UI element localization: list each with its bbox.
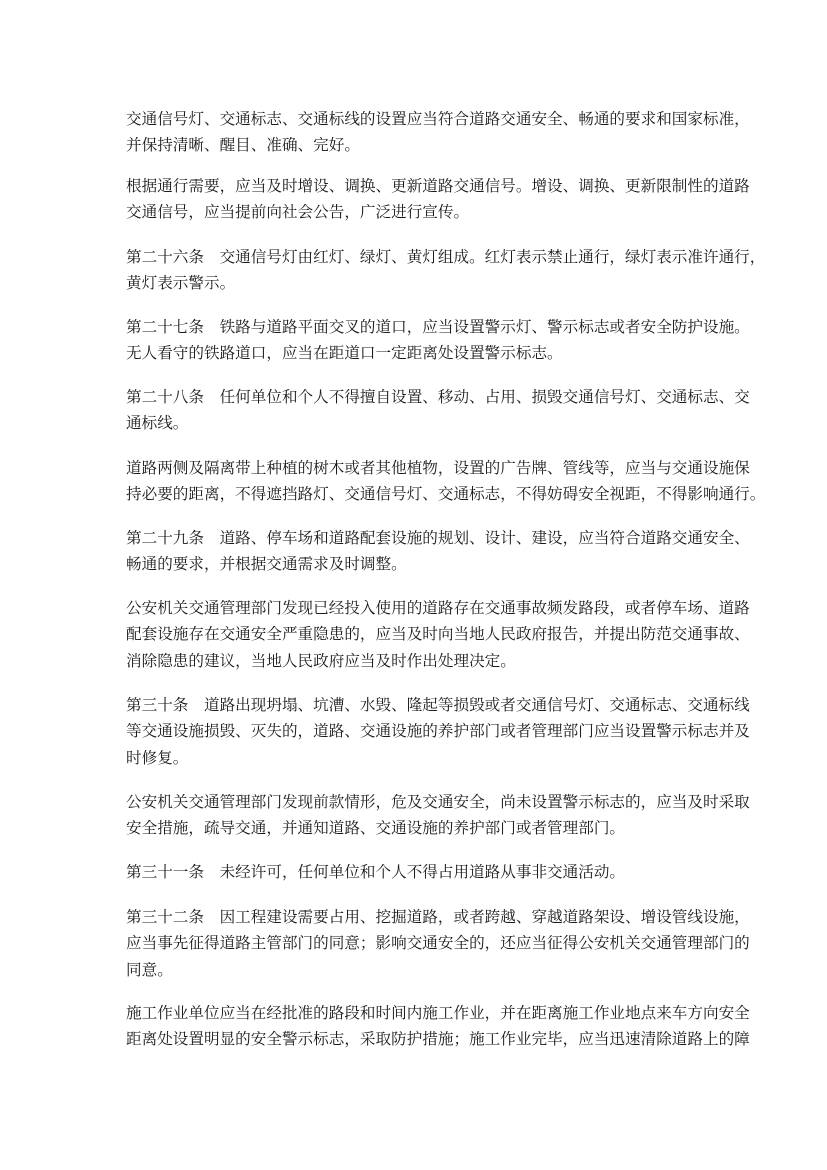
- document-page: 交通信号灯、交通标志、交通标线的设置应当符合道路交通安全、畅通的要求和国家标准，…: [0, 0, 827, 1170]
- paragraph-p1: 交通信号灯、交通标志、交通标线的设置应当符合道路交通安全、畅通的要求和国家标准，…: [126, 106, 716, 159]
- paragraph-line: 第二十九条 道路、停车场和道路配套设施的规划、设计、建设，应当符合道路交通安全、: [126, 525, 716, 551]
- paragraph-line: 同意。: [126, 957, 716, 983]
- paragraph-line: 消除隐患的建议，当地人民政府应当及时作出处理决定。: [126, 648, 716, 674]
- paragraph-line: 等交通设施损毁、灭失的，道路、交通设施的养护部门或者管理部门应当设置警示标志并及: [126, 718, 716, 744]
- paragraph-p4: 第二十七条 铁路与道路平面交叉的道口，应当设置警示灯、警示标志或者安全防护设施。…: [126, 314, 716, 367]
- paragraph-line: 通标线。: [126, 410, 716, 436]
- paragraph-line: 施工作业单位应当在经批准的路段和时间内施工作业，并在距离施工作业地点来车方向安全: [126, 1000, 716, 1026]
- paragraph-line: 交通信号，应当提前向社会公告，广泛进行宣传。: [126, 199, 716, 225]
- paragraph-line: 并保持清晰、醒目、准确、完好。: [126, 132, 716, 158]
- paragraph-p9: 第三十条 道路出现坍塌、坑漕、水毁、隆起等损毁或者交通信号灯、交通标志、交通标线…: [126, 692, 716, 771]
- paragraph-p12: 第三十二条 因工程建设需要占用、挖掘道路，或者跨越、穿越道路架设、增设管线设施，…: [126, 904, 716, 983]
- paragraph-p8: 公安机关交通管理部门发现已经投入使用的道路存在交通事故频发路段，或者停车场、道路…: [126, 595, 716, 674]
- paragraph-line: 时修复。: [126, 745, 716, 771]
- paragraph-line: 距离处设置明显的安全警示标志，采取防护措施；施工作业完毕，应当迅速清除道路上的障: [126, 1026, 716, 1052]
- paragraph-line: 道路两侧及隔离带上种植的树木或者其他植物，设置的广告牌、管线等，应当与交通设施保: [126, 455, 716, 481]
- paragraph-line: 持必要的距离，不得遮挡路灯、交通信号灯、交通标志，不得妨碍安全视距，不得影响通行…: [126, 481, 716, 507]
- paragraph-p3: 第二十六条 交通信号灯由红灯、绿灯、黄灯组成。红灯表示禁止通行，绿灯表示准许通行…: [126, 244, 716, 297]
- paragraph-p10: 公安机关交通管理部门发现前款情形，危及交通安全，尚未设置警示标志的，应当及时采取…: [126, 789, 716, 842]
- paragraph-line: 第三十条 道路出现坍塌、坑漕、水毁、隆起等损毁或者交通信号灯、交通标志、交通标线: [126, 692, 716, 718]
- paragraph-line: 公安机关交通管理部门发现前款情形，危及交通安全，尚未设置警示标志的，应当及时采取: [126, 789, 716, 815]
- paragraph-line: 配套设施存在交通安全严重隐患的，应当及时向当地人民政府报告，并提出防范交通事故、: [126, 621, 716, 647]
- paragraph-p11: 第三十一条 未经许可，任何单位和个人不得占用道路从事非交通活动。: [126, 859, 716, 885]
- paragraph-line: 公安机关交通管理部门发现已经投入使用的道路存在交通事故频发路段，或者停车场、道路: [126, 595, 716, 621]
- paragraph-line: 第三十二条 因工程建设需要占用、挖掘道路，或者跨越、穿越道路架设、增设管线设施，: [126, 904, 716, 930]
- paragraph-line: 交通信号灯、交通标志、交通标线的设置应当符合道路交通安全、畅通的要求和国家标准，: [126, 106, 716, 132]
- paragraph-line: 应当事先征得道路主管部门的同意；影响交通安全的，还应当征得公安机关交通管理部门的: [126, 930, 716, 956]
- paragraph-line: 黄灯表示警示。: [126, 270, 716, 296]
- paragraph-line: 第二十七条 铁路与道路平面交叉的道口，应当设置警示灯、警示标志或者安全防护设施。: [126, 314, 716, 340]
- paragraph-p5: 第二十八条 任何单位和个人不得擅自设置、移动、占用、损毁交通信号灯、交通标志、交…: [126, 384, 716, 437]
- paragraph-line: 畅通的要求，并根据交通需求及时调整。: [126, 551, 716, 577]
- paragraph-p2: 根据通行需要，应当及时增设、调换、更新道路交通信号。增设、调换、更新限制性的道路…: [126, 173, 716, 226]
- paragraph-line: 根据通行需要，应当及时增设、调换、更新道路交通信号。增设、调换、更新限制性的道路: [126, 173, 716, 199]
- paragraph-p7: 第二十九条 道路、停车场和道路配套设施的规划、设计、建设，应当符合道路交通安全、…: [126, 525, 716, 578]
- paragraph-p6: 道路两侧及隔离带上种植的树木或者其他植物，设置的广告牌、管线等，应当与交通设施保…: [126, 455, 716, 508]
- paragraph-line: 无人看守的铁路道口，应当在距道口一定距离处设置警示标志。: [126, 340, 716, 366]
- paragraph-line: 第二十六条 交通信号灯由红灯、绿灯、黄灯组成。红灯表示禁止通行，绿灯表示准许通行…: [126, 244, 716, 270]
- paragraph-p13: 施工作业单位应当在经批准的路段和时间内施工作业，并在距离施工作业地点来车方向安全…: [126, 1000, 716, 1053]
- paragraph-line: 安全措施，疏导交通，并通知道路、交通设施的养护部门或者管理部门。: [126, 815, 716, 841]
- paragraph-line: 第三十一条 未经许可，任何单位和个人不得占用道路从事非交通活动。: [126, 859, 716, 885]
- paragraph-line: 第二十八条 任何单位和个人不得擅自设置、移动、占用、损毁交通信号灯、交通标志、交: [126, 384, 716, 410]
